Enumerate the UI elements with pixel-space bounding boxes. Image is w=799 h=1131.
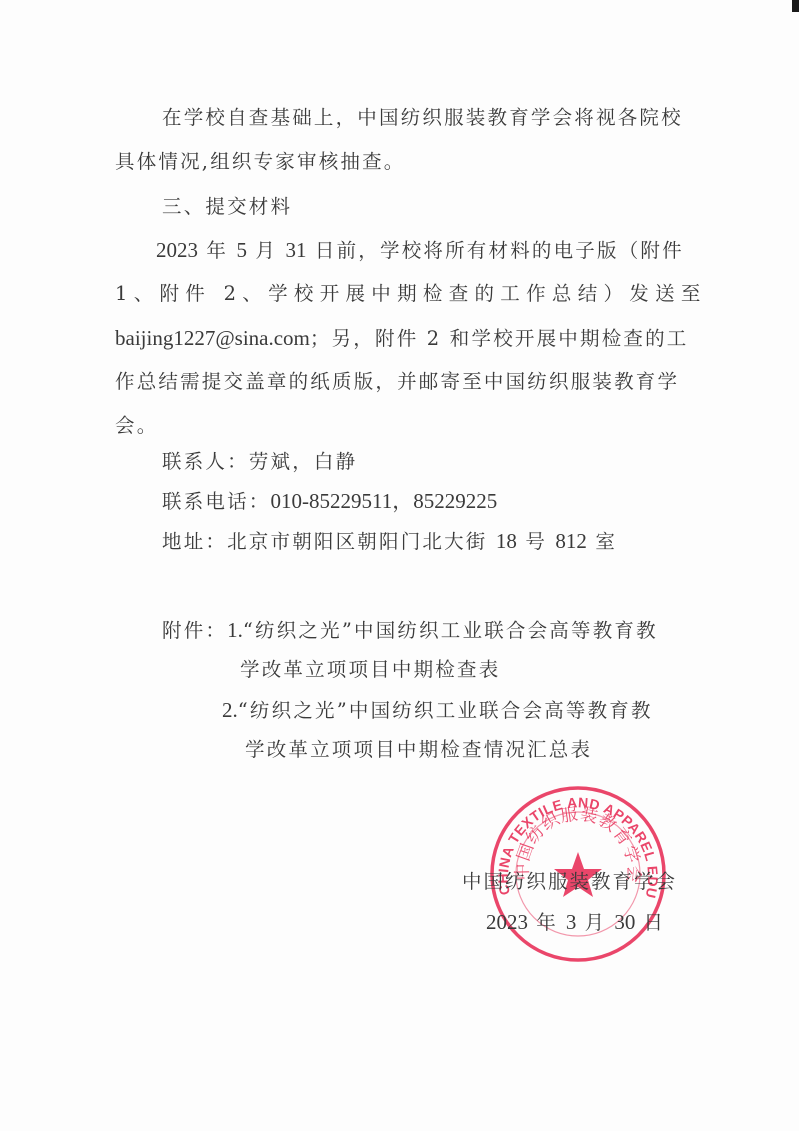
para2-line4: 作总结需提交盖章的纸质版，并邮寄至中国纺织服装教育学 [115,372,679,392]
para2-line5: 会。 [115,416,158,436]
attachment2-line2: 学改革立项项目中期检查情况汇总表 [245,740,592,760]
attachment1-line2: 学改革立项项目中期检查表 [240,660,500,680]
section-heading-3: 三、提交材料 [162,197,292,217]
address-line: 地址：北京市朝阳区朝阳门北大街 18 号 812 室 [162,531,617,552]
para2-line3: baijing1227@sina.com；另，附件 2 和学校开展中期检查的工 [115,328,689,349]
scan-corner-mark [792,0,799,12]
para1-line2: 具体情况,组织专家审核抽查。 [115,152,406,172]
deadline-year: 2023 [156,238,198,262]
phone-numbers: 010-85229511，85229225 [271,489,498,513]
attachment1-number: 1. [227,618,243,642]
attachment1-title: “纺织之光”中国纺织工业联合会高等教育教 [243,619,658,642]
para2-line1: 2023 年 5 月 31 日前，学校将所有材料的电子版（附件 [156,240,684,261]
signature-date: 2023 年 3 月 30 日 [486,912,665,933]
deadline-month: 5 [237,238,248,262]
para2-line2: 1、附件 2、学校开展中期检查的工作总结）发送至 [115,284,707,304]
attachment1-line1: 附件：1.“纺织之光”中国纺织工业联合会高等教育教 [162,620,658,641]
signature-organization: 中国纺织服装教育学会 [462,872,677,892]
document-page: 在学校自查基础上，中国纺织服装教育学会将视各院校 具体情况,组织专家审核抽查。 … [0,0,799,1131]
para1-line1: 在学校自查基础上，中国纺织服装教育学会将视各院校 [162,108,683,128]
contact-label: 联系人： [162,450,249,473]
attachment2-title: “纺织之光”中国纺织工业联合会高等教育教 [238,699,653,722]
attachment2-number: 2. [222,698,238,722]
contact-email[interactable]: baijing1227@sina.com [115,326,310,350]
phone-label: 联系电话： [162,490,271,513]
contact-person-line: 联系人：劳斌，白静 [162,452,357,472]
address-label: 地址： [162,530,227,553]
contact-names: 劳斌，白静 [249,450,358,473]
attachment2-line1: 2.“纺织之光”中国纺织工业联合会高等教育教 [222,700,653,721]
deadline-day: 31 [286,238,307,262]
phone-line: 联系电话：010-85229511，85229225 [162,491,497,512]
attachments-label: 附件： [162,619,227,642]
